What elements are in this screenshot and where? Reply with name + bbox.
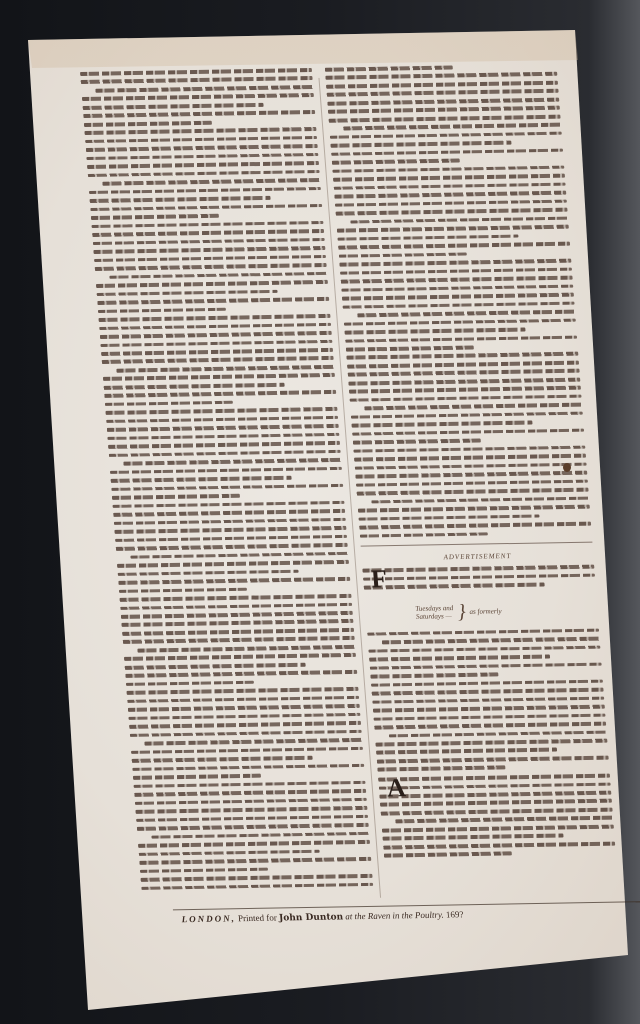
text-line — [337, 225, 569, 233]
text-line — [381, 808, 613, 816]
text-line — [122, 628, 354, 636]
text-line — [375, 739, 607, 747]
text-line — [109, 450, 341, 458]
text-line — [110, 467, 342, 475]
text-line — [124, 653, 356, 661]
text-line — [348, 378, 580, 386]
text-line — [343, 301, 575, 309]
text-line — [353, 445, 585, 453]
imprint-city: LONDON, — [181, 913, 236, 924]
text-line — [137, 645, 355, 652]
text-line — [98, 307, 226, 313]
text-line — [333, 174, 565, 182]
text-line — [93, 238, 325, 246]
text-line — [325, 72, 557, 80]
text-line — [118, 577, 350, 585]
text-line — [370, 662, 602, 670]
text-line — [132, 756, 313, 763]
text-line — [345, 335, 577, 343]
text-line — [104, 390, 336, 398]
text-line — [136, 814, 368, 822]
text-line — [338, 242, 570, 250]
text-line — [377, 756, 609, 764]
second-notice: A — [378, 774, 616, 858]
text-line — [103, 373, 335, 381]
text-line — [129, 721, 361, 729]
text-line — [96, 280, 328, 288]
text-line — [356, 479, 588, 487]
text-line — [380, 799, 612, 807]
text-line — [330, 132, 562, 140]
text-line — [102, 178, 320, 185]
text-line — [371, 496, 589, 503]
text-line — [123, 636, 355, 644]
text-line — [113, 509, 345, 517]
text-line — [144, 738, 362, 745]
text-line — [328, 106, 560, 114]
text-line — [105, 401, 233, 407]
text-line — [86, 153, 318, 161]
text-line — [95, 263, 327, 271]
text-line — [347, 361, 579, 369]
text-line — [351, 411, 583, 419]
printed-area: ADVERTISEMENT F Tuesdays and Saturdays —… — [80, 63, 636, 951]
text-line — [135, 806, 367, 814]
brace-glyph: } — [457, 603, 466, 621]
text-line — [340, 267, 572, 275]
text-line — [106, 416, 338, 424]
text-line — [332, 159, 460, 165]
imprint-printed-for: Printed for — [238, 913, 277, 924]
text-line — [125, 670, 357, 678]
text-line — [90, 204, 322, 212]
text-line — [348, 369, 580, 377]
text-line — [120, 602, 352, 610]
text-line — [334, 182, 566, 190]
text-line — [95, 85, 313, 92]
text-line — [126, 681, 254, 687]
text-line — [117, 560, 349, 568]
text-line — [141, 882, 373, 890]
text-line — [114, 526, 346, 534]
text-line — [132, 764, 364, 772]
text-line — [118, 569, 299, 576]
schedule-note: Tuesdays and Saturdays — } as formerly — [415, 600, 598, 621]
imprint-printer: John Dunton — [279, 912, 344, 923]
text-line — [87, 161, 319, 169]
text-line — [90, 196, 271, 203]
text-line — [139, 849, 320, 856]
advertisement-heading: ADVERTISEMENT — [361, 551, 593, 563]
text-line — [379, 782, 611, 790]
text-line — [341, 276, 573, 284]
schedule-note-text: as formerly — [469, 607, 502, 616]
text-line — [374, 722, 606, 730]
text-line — [369, 655, 550, 662]
text-line — [91, 214, 219, 220]
text-line — [98, 314, 330, 322]
text-line — [382, 824, 614, 832]
text-line — [130, 730, 362, 738]
text-line — [138, 840, 370, 848]
text-line — [354, 454, 586, 462]
text-line — [123, 458, 341, 465]
text-line — [121, 611, 353, 619]
text-line — [378, 774, 610, 782]
imprint-location: at the Raven in the Poultry. — [345, 910, 444, 922]
text-line — [93, 246, 325, 254]
text-line — [389, 730, 607, 737]
text-line — [330, 141, 511, 148]
text-line — [368, 645, 600, 653]
right-column-text — [325, 64, 592, 538]
text-line — [137, 823, 369, 831]
text-line — [81, 76, 313, 84]
text-line — [116, 365, 334, 372]
text-line — [343, 123, 561, 130]
text-line — [327, 98, 559, 106]
text-line — [115, 535, 347, 543]
text-line — [357, 488, 589, 496]
text-line — [116, 543, 348, 551]
ink-stain — [563, 463, 571, 472]
text-line — [370, 673, 498, 679]
text-line — [353, 439, 481, 445]
text-line — [112, 501, 344, 509]
text-line — [134, 781, 366, 789]
text-line — [373, 713, 605, 721]
text-line — [101, 348, 333, 356]
text-line — [107, 433, 339, 441]
text-line — [372, 696, 604, 704]
text-line — [120, 594, 352, 602]
text-line — [371, 679, 603, 687]
text-line — [130, 551, 348, 558]
text-line — [359, 522, 591, 530]
text-line — [109, 272, 327, 279]
text-line — [104, 383, 285, 390]
drop-cap-f: F — [370, 568, 388, 590]
imprint-year: 169? — [446, 909, 464, 919]
text-line — [82, 93, 314, 101]
text-line — [355, 471, 587, 479]
text-line — [108, 441, 340, 449]
text-line — [357, 310, 575, 317]
advertisement-block: F — [362, 565, 596, 594]
text-line — [327, 89, 559, 97]
text-line — [346, 352, 578, 360]
text-line — [334, 191, 566, 199]
text-line — [100, 331, 332, 339]
text-line — [337, 234, 518, 241]
text-line — [97, 297, 329, 305]
text-line — [125, 663, 306, 670]
text-line — [342, 293, 574, 301]
schedule-line-1: Tuesdays and — [415, 604, 453, 613]
text-line — [127, 696, 359, 704]
text-line — [140, 867, 268, 873]
text-line — [373, 705, 605, 713]
text-line — [332, 165, 564, 173]
text-line — [383, 841, 615, 849]
footer-rule — [173, 901, 640, 910]
text-line — [92, 229, 324, 237]
text-line — [364, 403, 582, 410]
text-line — [127, 687, 359, 695]
text-line — [349, 386, 581, 394]
schedule-line-2: Saturdays — — [416, 612, 454, 621]
text-line — [134, 789, 366, 797]
text-line — [352, 428, 584, 436]
text-line — [119, 587, 247, 593]
text-line — [379, 791, 611, 799]
text-line — [84, 121, 212, 127]
text-line — [84, 127, 316, 135]
text-line — [383, 834, 564, 841]
drop-cap-a: A — [386, 777, 406, 799]
text-line — [151, 831, 369, 838]
text-line — [377, 766, 505, 772]
text-line — [358, 505, 590, 513]
text-line — [112, 494, 240, 500]
text-line — [131, 747, 363, 755]
text-line — [339, 252, 467, 258]
text-line — [128, 704, 360, 712]
text-line — [341, 284, 573, 292]
text-line — [85, 136, 317, 144]
text-line — [326, 81, 558, 89]
advertisement-body-text — [367, 628, 609, 771]
text-line — [395, 816, 613, 823]
text-line — [331, 149, 563, 157]
text-line — [133, 774, 261, 780]
text-line — [100, 339, 332, 347]
text-line — [121, 619, 353, 627]
text-line — [367, 628, 599, 636]
text-line — [350, 395, 582, 403]
text-line — [336, 208, 568, 216]
text-line — [89, 187, 321, 195]
text-line — [382, 637, 600, 644]
text-line — [83, 110, 315, 118]
text-line — [376, 748, 557, 755]
text-line — [111, 484, 343, 492]
text-line — [128, 713, 360, 721]
text-line — [135, 797, 367, 805]
text-line — [111, 476, 292, 483]
text-line — [83, 103, 264, 110]
text-line — [372, 688, 604, 696]
text-line — [351, 421, 532, 428]
text-line — [91, 221, 323, 229]
text-line — [350, 216, 568, 223]
text-line — [355, 462, 587, 470]
text-line — [335, 199, 567, 207]
text-line — [139, 857, 371, 865]
text-line — [94, 255, 326, 263]
text-line — [346, 345, 474, 351]
text-line — [114, 518, 346, 526]
text-line — [99, 322, 331, 330]
text-line — [344, 328, 525, 335]
text-line — [344, 318, 576, 326]
imprint-line: LONDON, Printed for John Dunton at the R… — [181, 909, 464, 925]
text-line — [105, 407, 337, 415]
text-line — [141, 874, 373, 882]
text-line — [360, 532, 488, 538]
text-line — [339, 259, 571, 267]
text-line — [358, 514, 539, 521]
text-line — [102, 356, 334, 364]
text-line — [329, 115, 561, 123]
text-line — [97, 289, 278, 296]
text-line — [86, 144, 318, 152]
text-line — [107, 424, 339, 432]
text-line — [384, 852, 512, 858]
section-rule — [361, 542, 593, 547]
text-line — [88, 170, 320, 178]
